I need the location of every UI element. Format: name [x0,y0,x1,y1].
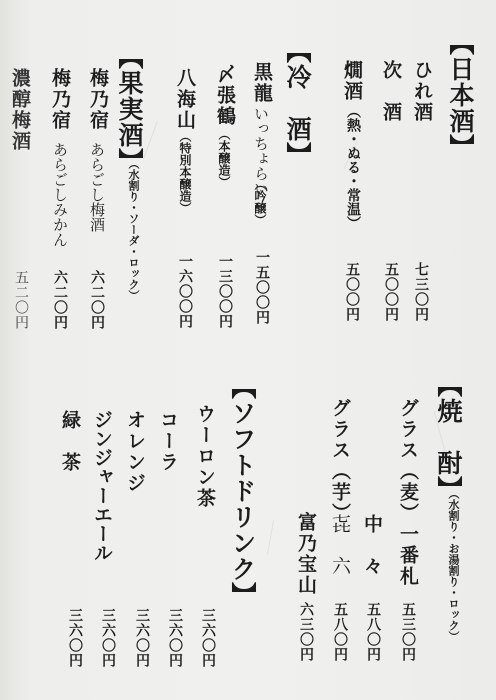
section-heading-kajitsushu: 【果実酒】 [117,44,142,174]
item-price: 一五〇〇円 [255,250,269,325]
group-label: グラス（麦） [398,398,417,524]
section-note: （水割り・お湯割り・ロック） [448,488,459,642]
item-name: ジンジャーエール [92,410,111,562]
item-sub: あらごしみかん [52,142,67,247]
item-price: 六二〇円 [90,270,104,330]
item-price: 六三〇円 [299,602,313,662]
item-name: 中 々 [362,514,381,577]
item-price: 五〇〇円 [384,262,398,322]
item-price: 五二〇円 [14,270,28,330]
section-heading-nihonshu: 【日本酒】 [448,30,473,160]
item-price: 一六〇〇円 [178,254,192,329]
paper-fiber [143,121,158,159]
item-name: 〆張鶴 [215,64,234,127]
item-name: 梅乃宿 [50,68,69,131]
item-note: （特別本醸造） [179,130,191,214]
item-note: （熱・ぬる・常温） [346,104,360,230]
item-price: 六二〇円 [53,270,67,330]
item-note: （本醸造） [218,128,230,188]
section-heading-soft-drink: 【ソフトドリンク】 [230,374,255,608]
item-name: 八海山 [175,68,194,131]
item-price: 五八〇円 [333,602,347,662]
item-price: 五八〇円 [366,602,380,662]
paper-fiber [267,520,274,555]
item-name: 一番札 [398,524,417,587]
item-price: 五〇〇円 [345,262,359,322]
item-name: ウーロン茶 [195,404,214,509]
item-price: 三六〇円 [68,608,82,668]
group-label: グラス（芋） [330,398,349,524]
item-name: 燗酒 [342,60,361,102]
item-note: （吟醸） [254,178,266,226]
item-name: 梅乃宿 [88,68,107,131]
item-name: ひれ酒 [412,60,431,123]
item-price: 五三〇円 [401,602,415,662]
section-heading-shochu: 【焼 酎】 [436,372,461,502]
item-name: 緑 茶 [60,410,79,473]
item-price: 三六〇円 [135,608,149,668]
item-price: 一三〇〇円 [218,254,232,329]
section-note: （水割り・ソーダ・ロック） [128,158,139,301]
item-name: 富乃宝山 [296,512,315,596]
item-name: コーラ [158,410,177,473]
section-heading-reishu: 【冷 酒】 [285,38,310,168]
item-name: 㐂 六 [330,514,349,577]
item-name: 次 酒 [381,60,400,123]
item-price: 三六〇円 [101,608,115,668]
item-name: 黒龍 [252,62,271,104]
item-price: 七三〇円 [414,262,428,322]
item-name: 濃醇梅酒 [10,68,29,152]
item-name: オレンジ [125,410,144,494]
item-sub: あらごし梅酒 [89,142,104,232]
item-price: 三六〇円 [168,608,182,668]
item-price: 三六〇円 [201,608,215,668]
